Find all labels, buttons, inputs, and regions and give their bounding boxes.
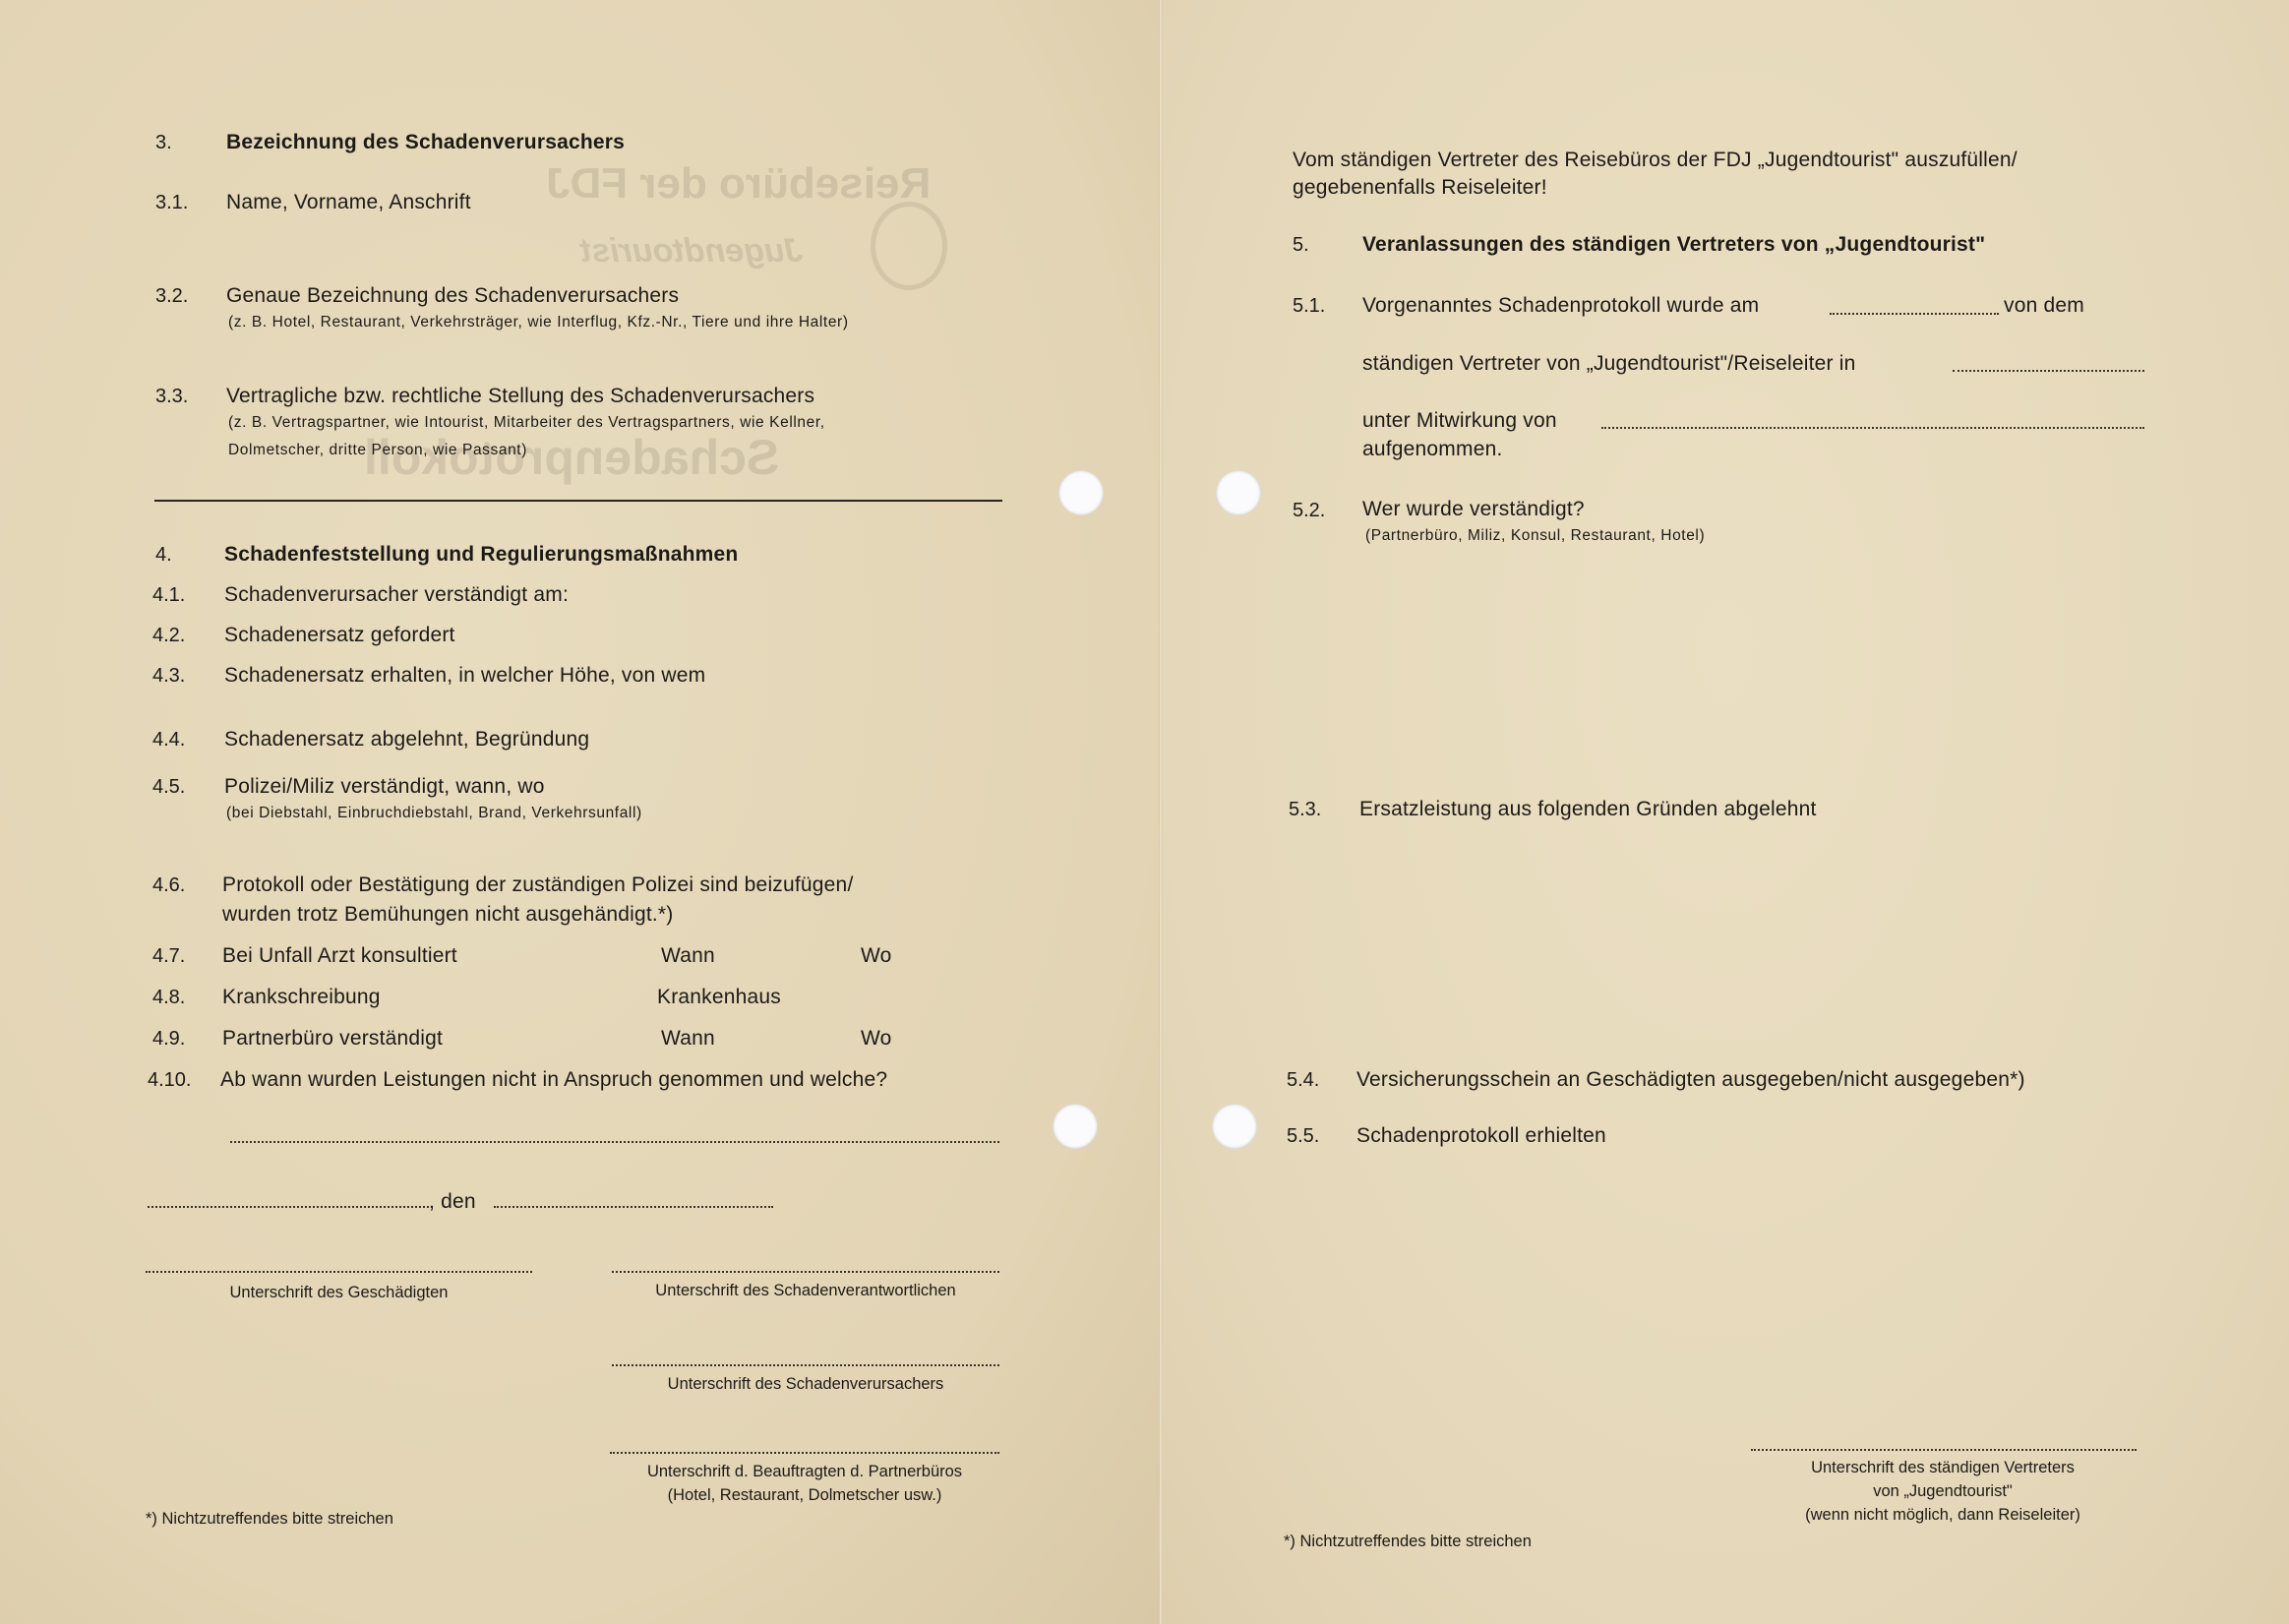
item-label: Schadenersatz gefordert xyxy=(224,624,455,647)
section-number: 4. xyxy=(155,544,172,567)
item-col-when: Wann xyxy=(661,1027,715,1051)
item-number: 3.3. xyxy=(155,386,188,408)
signature-caption: (wenn nicht möglich, dann Reiseleiter) xyxy=(1741,1506,2144,1525)
section-title: Schadenfeststellung und Regulierungsmaßn… xyxy=(224,543,738,567)
item-number: 4.3. xyxy=(152,665,185,688)
item-number: 4.9. xyxy=(152,1028,185,1051)
item-number: 5.1. xyxy=(1293,295,1325,318)
item-col-where: Wo xyxy=(861,944,892,968)
item-label: Genaue Bezeichnung des Schadenverursache… xyxy=(226,284,679,308)
item-label-cont: wurden trotz Bemühungen nicht ausgehändi… xyxy=(222,903,673,927)
signature-caption: Unterschrift des Schadenverantwortlichen xyxy=(612,1282,999,1300)
signature-caption: Unterschrift des ständigen Vertreters xyxy=(1741,1459,2144,1477)
item-number: 4.7. xyxy=(152,945,185,968)
item-col-when: Wann xyxy=(661,944,715,968)
item-note: Dolmetscher, dritte Person, wie Passant) xyxy=(228,442,527,459)
item-label-cont: unter Mitwirkung von xyxy=(1362,409,1557,433)
show-through-sub: Jugendtourist xyxy=(580,232,804,271)
item-note: (z. B. Hotel, Restaurant, Verkehrsträger… xyxy=(228,314,849,331)
signature-line-causer[interactable] xyxy=(612,1364,999,1366)
item-label: Partnerbüro verständigt xyxy=(222,1027,443,1051)
section-number: 5. xyxy=(1293,234,1309,257)
item-label: Ab wann wurden Leistungen nicht in Anspr… xyxy=(220,1068,887,1092)
item-label: Name, Vorname, Anschrift xyxy=(226,191,471,214)
item-label: Protokoll oder Bestätigung der zuständig… xyxy=(222,873,853,897)
item-number: 5.3. xyxy=(1289,799,1321,821)
item-number: 3.1. xyxy=(155,192,188,214)
item-label: Vorgenanntes Schadenprotokoll wurde am xyxy=(1362,294,1759,318)
item-number: 5.4. xyxy=(1287,1069,1319,1092)
section-divider xyxy=(154,500,1002,502)
item-label: Schadenersatz erhalten, in welcher Höhe,… xyxy=(224,664,705,688)
signature-line-partner[interactable] xyxy=(610,1452,999,1454)
item-number: 5.5. xyxy=(1287,1125,1319,1148)
item-label-cont: von dem xyxy=(2004,294,2084,318)
item-label: Wer wurde verständigt? xyxy=(1362,498,1585,521)
date-field[interactable] xyxy=(494,1206,773,1208)
item-note: (bei Diebstahl, Einbruchdiebstahl, Brand… xyxy=(226,805,642,822)
show-through-logo-icon xyxy=(871,202,947,290)
signature-caption: Unterschrift des Geschädigten xyxy=(146,1284,532,1302)
intro-text-cont: gegebenenfalls Reiseleiter! xyxy=(1293,176,1547,200)
date-separator: , den xyxy=(429,1190,476,1214)
section-title: Bezeichnung des Schadenverursachers xyxy=(226,131,625,154)
item-number: 4.1. xyxy=(152,584,185,607)
signature-line-injured[interactable] xyxy=(146,1271,532,1273)
section-number: 3. xyxy=(155,132,172,154)
item-number: 4.4. xyxy=(152,729,185,752)
show-through-heading: Reisebüro der FDJ xyxy=(546,159,931,209)
item-number: 5.2. xyxy=(1293,500,1325,522)
signature-caption: (Hotel, Restaurant, Dolmetscher usw.) xyxy=(610,1486,999,1505)
item-label: Schadenersatz abgelehnt, Begründung xyxy=(224,728,589,752)
participants-field[interactable] xyxy=(1601,427,2144,429)
punch-hole xyxy=(1058,470,1104,515)
item-number: 4.6. xyxy=(152,874,185,897)
item-label: Vertragliche bzw. rechtliche Stellung de… xyxy=(226,385,814,408)
item-label: Bei Unfall Arzt konsultiert xyxy=(222,944,457,968)
item-label: Versicherungsschein an Geschädigten ausg… xyxy=(1356,1068,2025,1092)
item-label-cont: ständigen Vertreter von „Jugendtourist"/… xyxy=(1362,352,1856,376)
item-note: (Partnerbüro, Miliz, Konsul, Restaurant,… xyxy=(1365,527,1705,545)
item-label: Krankschreibung xyxy=(222,986,381,1009)
signature-line-responsible[interactable] xyxy=(612,1271,999,1273)
page-fold xyxy=(1159,0,1163,1624)
intro-text: Vom ständigen Vertreter des Reisebüros d… xyxy=(1293,149,2018,172)
item-label: Polizei/Miliz verständigt, wann, wo xyxy=(224,775,545,799)
answer-line-4-10[interactable] xyxy=(230,1141,999,1143)
signature-caption: von „Jugendtourist" xyxy=(1741,1482,2144,1501)
footnote: *) Nichtzutreffendes bitte streichen xyxy=(1284,1533,1532,1551)
item-number: 3.2. xyxy=(155,285,188,308)
item-label: Schadenverursacher verständigt am: xyxy=(224,583,569,607)
item-label: Schadenprotokoll erhielten xyxy=(1356,1124,1606,1148)
signature-line-representative[interactable] xyxy=(1751,1449,2137,1451)
item-number: 4.10. xyxy=(148,1069,191,1092)
item-number: 4.8. xyxy=(152,987,185,1009)
place-field[interactable] xyxy=(1953,370,2144,372)
item-label: Ersatzleistung aus folgenden Gründen abg… xyxy=(1359,798,1817,821)
signature-caption: Unterschrift des Schadenverursachers xyxy=(612,1375,999,1394)
item-number: 4.5. xyxy=(152,776,185,799)
item-note: (z. B. Vertragspartner, wie Intourist, M… xyxy=(228,414,825,432)
section-title: Veranlassungen des ständigen Vertreters … xyxy=(1362,233,1985,257)
place-field[interactable] xyxy=(148,1206,433,1208)
item-label-cont: aufgenommen. xyxy=(1362,438,1503,461)
date-field[interactable] xyxy=(1830,313,1999,315)
signature-caption: Unterschrift d. Beauftragten d. Partnerb… xyxy=(610,1463,999,1481)
punch-hole xyxy=(1053,1104,1098,1149)
item-number: 4.2. xyxy=(152,625,185,647)
punch-hole xyxy=(1216,470,1261,515)
item-col-where: Wo xyxy=(861,1027,892,1051)
item-col-hospital: Krankenhaus xyxy=(657,986,781,1009)
footnote: *) Nichtzutreffendes bitte streichen xyxy=(146,1510,393,1529)
punch-hole xyxy=(1212,1104,1257,1149)
